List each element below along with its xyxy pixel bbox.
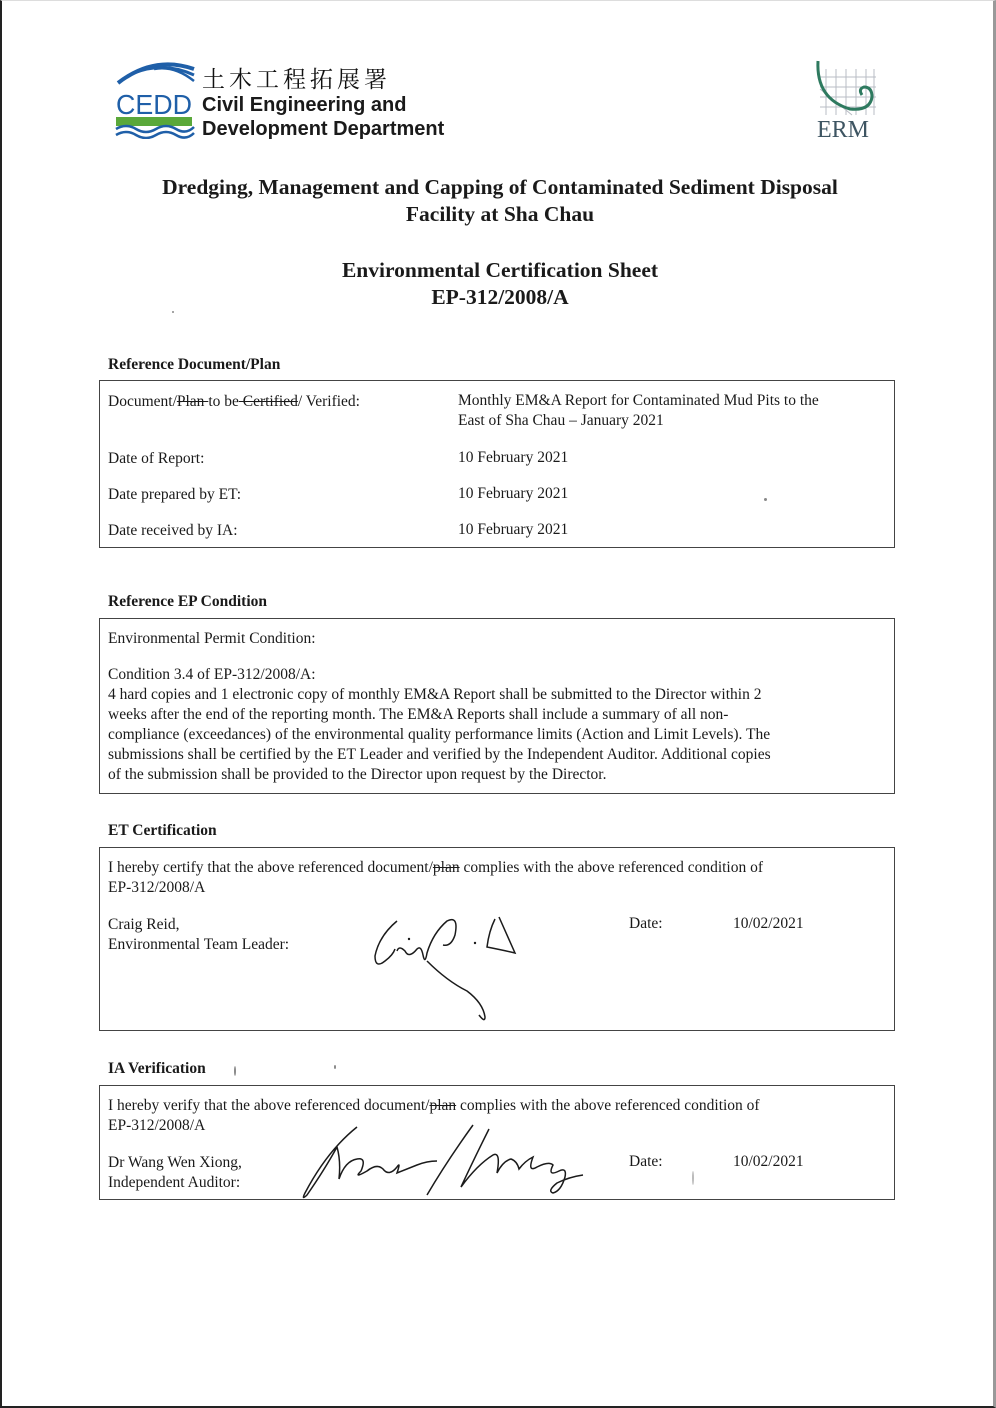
statement-text: I hereby verify that the above reference… bbox=[108, 1097, 429, 1114]
ia-statement-line1: I hereby verify that the above reference… bbox=[108, 1096, 760, 1117]
document-label: Document/Plan to be Certified/ Verified: bbox=[108, 392, 360, 413]
ia-verification-heading: IA Verification bbox=[108, 1060, 206, 1078]
statement-text: complies with the above referenced condi… bbox=[460, 859, 763, 876]
et-signatory-name: Craig Reid, bbox=[108, 915, 179, 936]
condition-line: weeks after the end of the reporting mon… bbox=[108, 705, 728, 726]
et-date-label: Date: bbox=[629, 914, 663, 935]
statement-text: complies with the above referenced condi… bbox=[456, 1097, 759, 1114]
document-value-line1: Monthly EM&A Report for Contaminated Mud… bbox=[458, 391, 819, 412]
date-prepared-label: Date prepared by ET: bbox=[108, 485, 241, 506]
et-certification-heading: ET Certification bbox=[108, 822, 217, 840]
statement-struck-word: plan bbox=[429, 1097, 456, 1114]
ia-signature bbox=[297, 1121, 597, 1201]
ia-date-label: Date: bbox=[629, 1152, 663, 1173]
et-signature bbox=[367, 911, 527, 1026]
svg-text:CEDD: CEDD bbox=[116, 89, 192, 120]
ia-statement-line2: EP-312/2008/A bbox=[108, 1116, 205, 1137]
document-page: CEDD 土木工程拓展署 Civil Engineering and Devel… bbox=[0, 0, 996, 1408]
date-prepared-value: 10 February 2021 bbox=[458, 484, 568, 505]
ia-signatory-name: Dr Wang Wen Xiong, bbox=[108, 1153, 242, 1174]
label-part-struck: Certified bbox=[239, 393, 298, 410]
scan-speck bbox=[692, 1171, 694, 1185]
label-part: / Verified: bbox=[298, 393, 360, 410]
condition-line: compliance (exceedances) of the environm… bbox=[108, 725, 770, 746]
label-part-struck: Plan bbox=[177, 393, 208, 410]
label-part: Document/ bbox=[108, 393, 177, 410]
erm-wordmark: ERM bbox=[817, 117, 869, 144]
ia-signatory-role: Independent Auditor: bbox=[108, 1173, 240, 1194]
project-title-line2: Facility at Sha Chau bbox=[2, 201, 996, 228]
cedd-english-name-line2: Development Department bbox=[202, 118, 444, 141]
et-statement-line1: I hereby certify that the above referenc… bbox=[108, 858, 763, 879]
reference-document-heading: Reference Document/Plan bbox=[108, 356, 280, 374]
date-of-report-value: 10 February 2021 bbox=[458, 448, 568, 469]
sheet-title: Environmental Certification Sheet EP-312… bbox=[2, 257, 996, 311]
erm-spiral-grid-icon bbox=[812, 59, 878, 117]
erm-logo: ERM bbox=[812, 59, 878, 145]
document-value-line2: East of Sha Chau – January 2021 bbox=[458, 411, 664, 432]
et-statement-line2: EP-312/2008/A bbox=[108, 878, 205, 899]
condition-line: of the submission shall be provided to t… bbox=[108, 765, 606, 786]
condition-line: 4 hard copies and 1 electronic copy of m… bbox=[108, 685, 761, 706]
condition-line: submissions shall be certified by the ET… bbox=[108, 745, 771, 766]
reference-ep-condition-heading: Reference EP Condition bbox=[108, 593, 267, 611]
date-received-value: 10 February 2021 bbox=[458, 520, 568, 541]
label-part: to be bbox=[208, 393, 239, 410]
scan-speck bbox=[334, 1065, 336, 1069]
ia-date-value: 10/02/2021 bbox=[733, 1152, 804, 1173]
statement-text: I hereby certify that the above referenc… bbox=[108, 859, 433, 876]
scan-speck bbox=[234, 1066, 236, 1076]
project-title: Dredging, Management and Capping of Cont… bbox=[2, 174, 996, 228]
scan-speck bbox=[172, 311, 174, 313]
et-date-value: 10/02/2021 bbox=[733, 914, 804, 935]
condition-title: Condition 3.4 of EP-312/2008/A: bbox=[108, 665, 316, 686]
permit-number: EP-312/2008/A bbox=[2, 284, 996, 311]
date-of-report-label: Date of Report: bbox=[108, 449, 204, 470]
project-title-line1: Dredging, Management and Capping of Cont… bbox=[2, 174, 996, 201]
cedd-english-name-line1: Civil Engineering and bbox=[202, 94, 406, 117]
cedd-logo: CEDD 土木工程拓展署 Civil Engineering and Devel… bbox=[114, 57, 459, 147]
date-received-label: Date received by IA: bbox=[108, 521, 238, 542]
et-signatory-role: Environmental Team Leader: bbox=[108, 935, 289, 956]
statement-struck-word: plan bbox=[433, 859, 460, 876]
cedd-chinese-name: 土木工程拓展署 bbox=[202, 61, 391, 94]
sheet-title-line: Environmental Certification Sheet bbox=[2, 257, 996, 284]
scan-speck bbox=[764, 498, 767, 501]
ep-condition-label: Environmental Permit Condition: bbox=[108, 629, 316, 650]
cedd-emblem-icon: CEDD bbox=[114, 57, 196, 139]
